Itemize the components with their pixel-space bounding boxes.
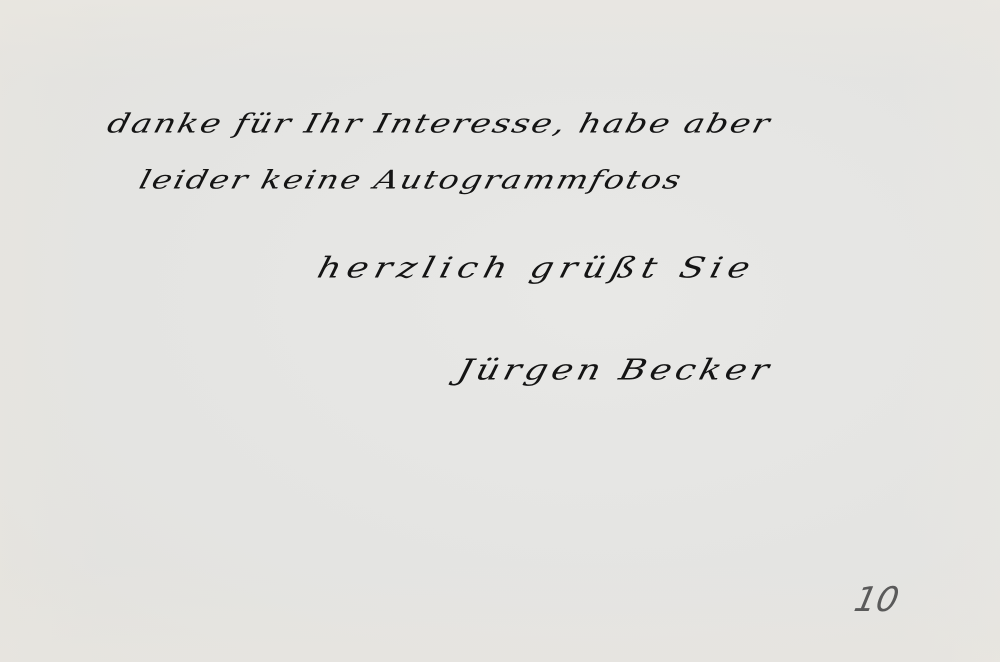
- note-card: danke für Ihr Interesse, habe aber leide…: [0, 0, 1000, 662]
- note-closing: herzlich grüßt Sie: [314, 252, 760, 285]
- page-number: 10: [851, 580, 903, 620]
- note-line-2: leider keine Autogrammfotos: [136, 164, 686, 194]
- note-line-1: danke für Ihr Interesse, habe aber: [104, 108, 775, 139]
- note-signature: Jürgen Becker: [454, 354, 776, 387]
